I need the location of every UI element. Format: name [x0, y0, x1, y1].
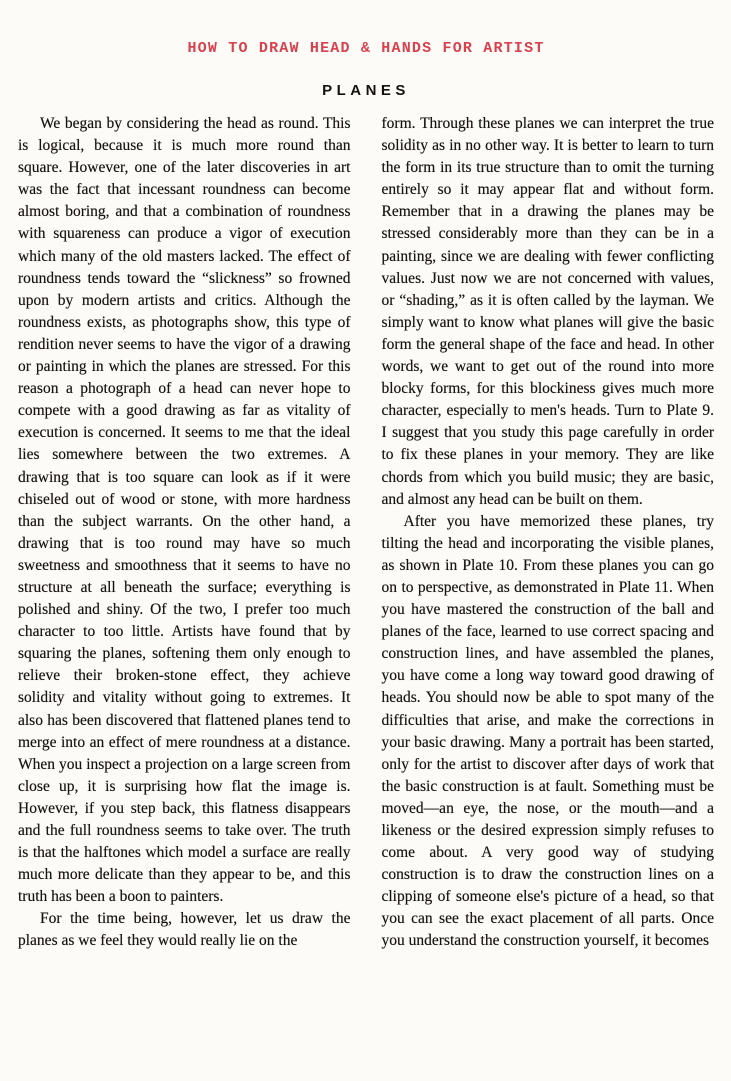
text-column-left: We began by considering the head as roun…: [18, 113, 351, 953]
two-column-text-block: We began by considering the head as roun…: [18, 113, 714, 953]
book-page: HOW TO DRAW HEAD & HANDS FOR ARTIST PLAN…: [0, 0, 731, 1081]
paragraph: For the time being, however, let us draw…: [18, 908, 351, 952]
chapter-heading: PLANES: [18, 82, 714, 99]
book-running-title: HOW TO DRAW HEAD & HANDS FOR ARTIST: [18, 40, 714, 57]
text-column-right: form. Through these planes we can interp…: [382, 113, 715, 953]
paragraph: After you have memorized these planes, t…: [382, 511, 715, 953]
paragraph: We began by considering the head as roun…: [18, 113, 351, 908]
paragraph: form. Through these planes we can interp…: [382, 113, 715, 511]
